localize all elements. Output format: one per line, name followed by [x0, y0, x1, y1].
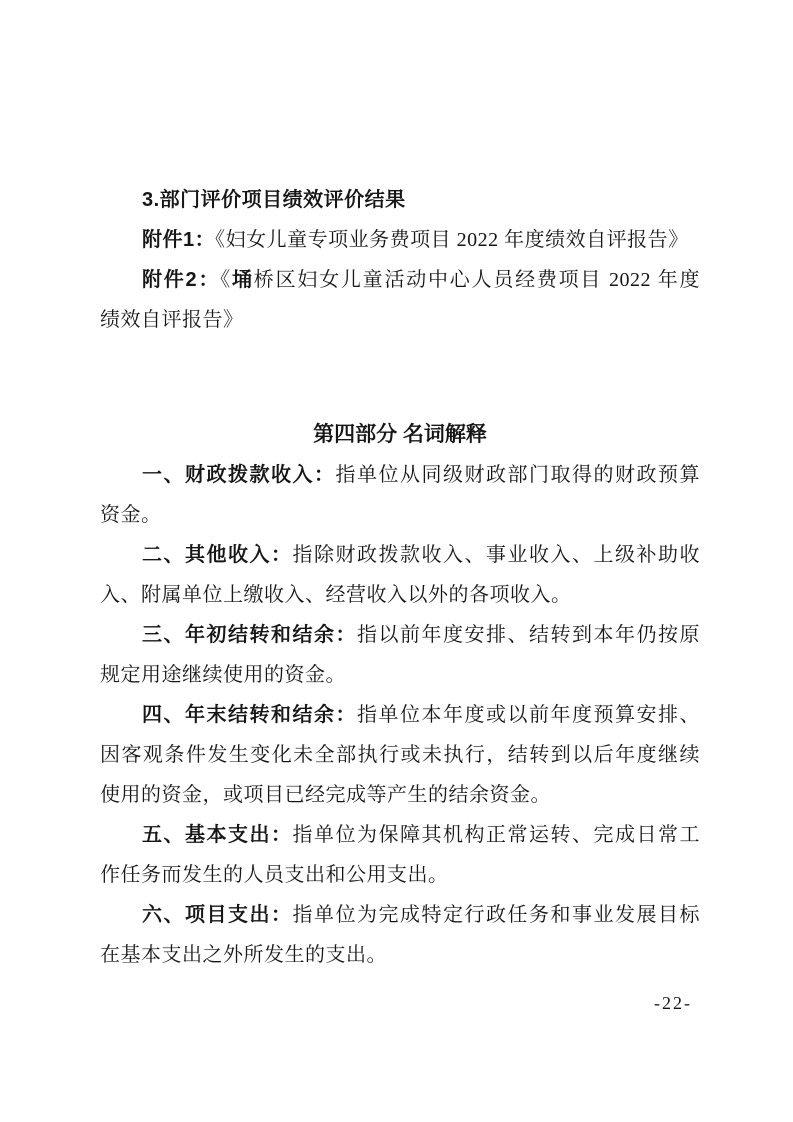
attachment-1-title: 《妇女儿童专项业务费项目 2022 年度绩效自评报告》: [215, 229, 689, 251]
term-6: 六、项目支出：指单位为完成特定行政任务和事业发展目标 在基本支出之外所发生的支出…: [100, 895, 700, 975]
term-3-line-2: 规定用途继续使用的资金。: [100, 655, 700, 695]
term-1-line-2: 资金。: [100, 495, 700, 535]
term-5-line-2: 作任务而发生的人员支出和公用支出。: [100, 855, 700, 895]
page-number: -22-: [654, 993, 692, 1014]
term-6-line-1: 六、项目支出：指单位为完成特定行政任务和事业发展目标: [100, 895, 700, 935]
attachment-2-open-quote: 《: [220, 269, 232, 291]
term-3-line-1: 三、年初结转和结余：指以前年度安排、结转到本年仍按原: [100, 615, 700, 655]
term-2-text-1: 指除财政拨款收入、事业收入、上级补助收: [293, 544, 701, 566]
term-2-lead: 二、其他收入：: [142, 544, 293, 566]
attachment-2-label: 附件2：: [142, 269, 220, 291]
term-3-lead: 三、年初结转和结余：: [142, 624, 357, 646]
term-1-line-1: 一、财政拨款收入：指单位从同级财政部门取得的财政预算: [100, 455, 700, 495]
attachment-2-bold-char: 埇: [232, 269, 254, 291]
term-1: 一、财政拨款收入：指单位从同级财政部门取得的财政预算 资金。: [100, 455, 700, 535]
page-content: 3.部门评价项目绩效评价结果 附件1：《妇女儿童专项业务费项目 2022 年度绩…: [100, 180, 700, 975]
attachment-2-line-1: 附件2：《埇桥区妇女儿童活动中心人员经费项目 2022 年度: [100, 260, 700, 300]
term-4-line-1: 四、年末结转和结余：指单位本年度或以前年度预算安排、: [100, 695, 700, 735]
term-6-lead: 六、项目支出：: [142, 904, 293, 926]
term-5-lead: 五、基本支出：: [142, 824, 293, 846]
part4-title: 第四部分 名词解释: [100, 415, 700, 455]
term-1-lead: 一、财政拨款收入：: [142, 464, 336, 486]
attachment-2-title-part-1: 桥区妇女儿童活动中心人员经费项目 2022 年度: [254, 269, 700, 291]
term-4-line-3: 使用的资金，或项目已经完成等产生的结余资金。: [100, 775, 700, 815]
term-3: 三、年初结转和结余：指以前年度安排、结转到本年仍按原 规定用途继续使用的资金。: [100, 615, 700, 695]
attachment-1-label: 附件1：: [142, 229, 215, 251]
term-5-text-1: 指单位为保障其机构正常运转、完成日常工: [293, 824, 701, 846]
attachment-1-line: 附件1：《妇女儿童专项业务费项目 2022 年度绩效自评报告》: [100, 220, 700, 260]
term-4: 四、年末结转和结余：指单位本年度或以前年度预算安排、 因客观条件发生变化未全部执…: [100, 695, 700, 815]
document-page: 3.部门评价项目绩效评价结果 附件1：《妇女儿童专项业务费项目 2022 年度绩…: [0, 0, 793, 1122]
attachment-2-line-2: 绩效自评报告》: [100, 300, 700, 340]
term-2: 二、其他收入：指除财政拨款收入、事业收入、上级补助收 入、附属单位上缴收入、经营…: [100, 535, 700, 615]
term-4-text-1: 指单位本年度或以前年度预算安排、: [357, 704, 700, 726]
term-2-line-2: 入、附属单位上缴收入、经营收入以外的各项收入。: [100, 575, 700, 615]
term-2-line-1: 二、其他收入：指除财政拨款收入、事业收入、上级补助收: [100, 535, 700, 575]
term-4-lead: 四、年末结转和结余：: [142, 704, 357, 726]
term-3-text-1: 指以前年度安排、结转到本年仍按原: [357, 624, 700, 646]
term-5-line-1: 五、基本支出：指单位为保障其机构正常运转、完成日常工: [100, 815, 700, 855]
section3-heading: 3.部门评价项目绩效评价结果: [100, 180, 700, 220]
term-4-line-2: 因客观条件发生变化未全部执行或未执行，结转到以后年度继续: [100, 735, 700, 775]
term-5: 五、基本支出：指单位为保障其机构正常运转、完成日常工 作任务而发生的人员支出和公…: [100, 815, 700, 895]
term-1-text-1: 指单位从同级财政部门取得的财政预算: [336, 464, 701, 486]
term-6-text-1: 指单位为完成特定行政任务和事业发展目标: [293, 904, 701, 926]
term-6-line-2: 在基本支出之外所发生的支出。: [100, 935, 700, 975]
